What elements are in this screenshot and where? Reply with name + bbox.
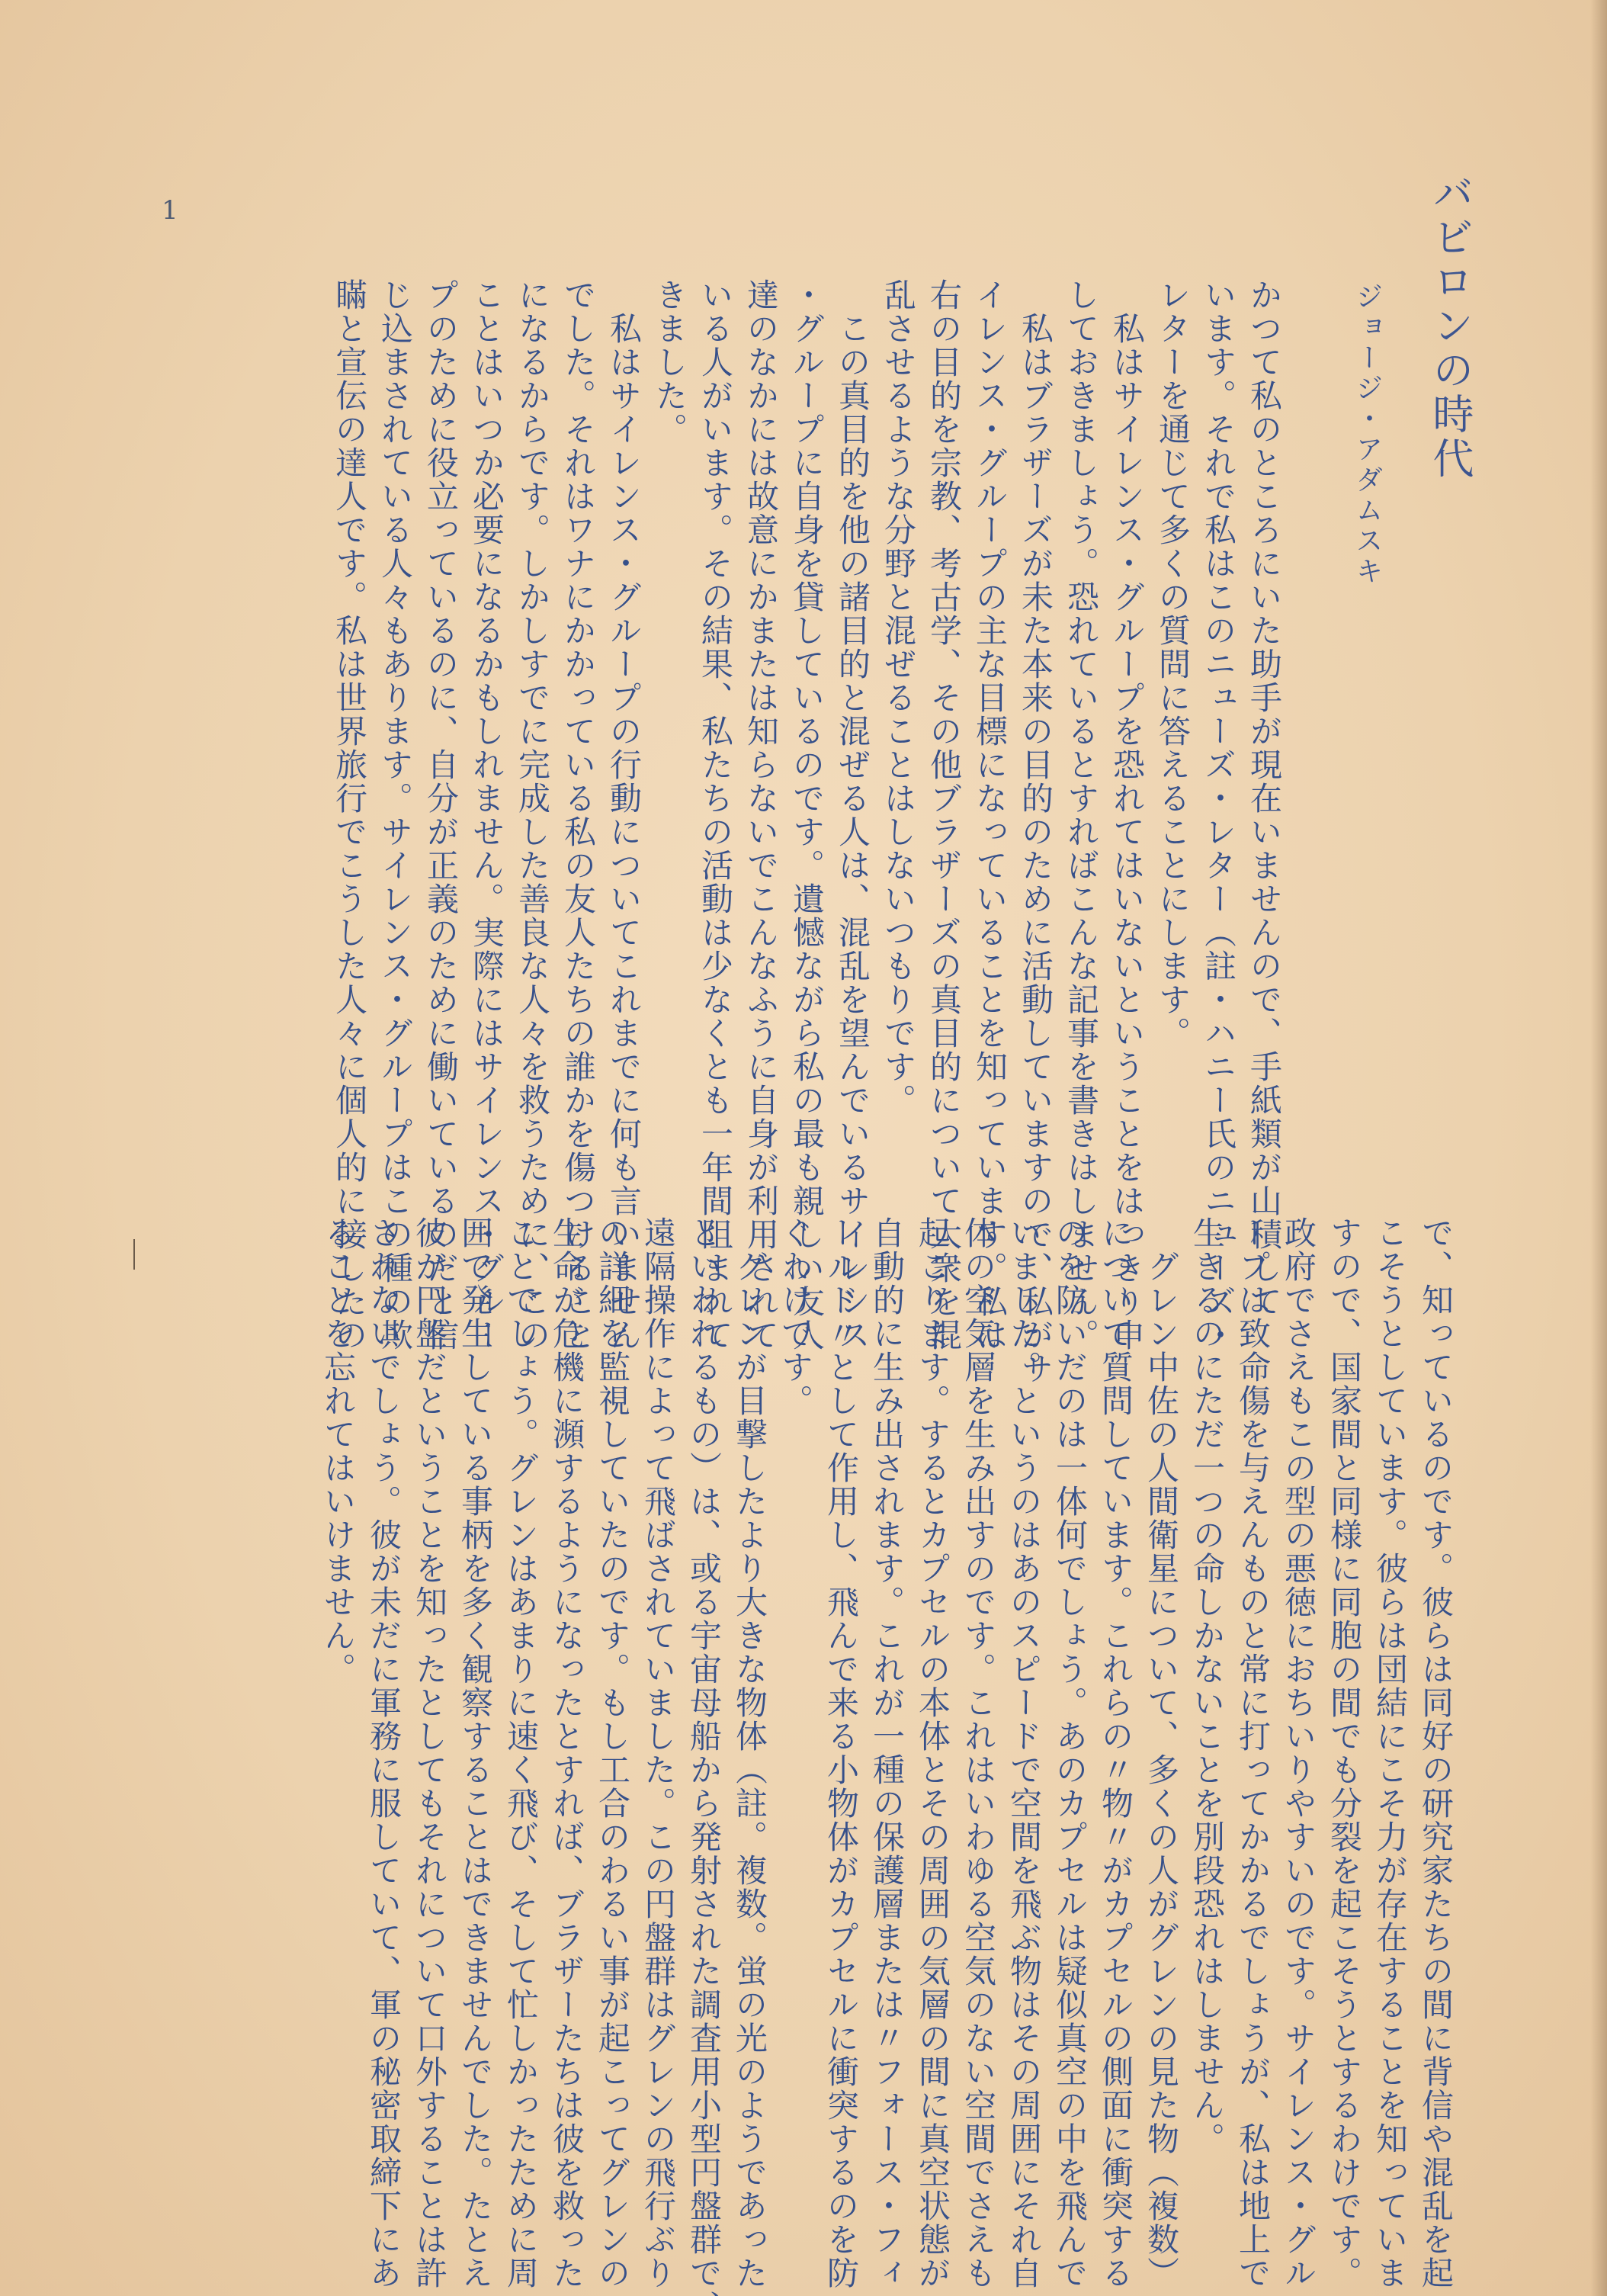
text-column: この真目的を他の諸目的と混ぜる人は、混乱を望んでいるサイレンス [829,278,875,1148]
text-column: ールド〃として作用し、飛んで来る小物体がカプセルに衝突するのを防 [818,1216,864,2063]
text-column: の詳細を監視していたのです。もし工合のわるい事が起こってグレンの [589,1216,635,2063]
text-column: 政府でさえもこの型の悪徳におちいりやすいのです。サイレンス・グル [1275,1216,1321,2063]
text-column: になるからです。しかしすでに完成した善良な人々を救うために、この [509,278,555,1148]
text-column: いました。というのはあのスピードで空間を飛ぶ物はその周囲にそれ自 [1001,1216,1047,2063]
text-column: 体の空気層を生み出すのです。これはいわゆる空気のない空間でさえも [955,1216,1001,2063]
text-column: 乱させるような分野と混ぜることはしないつもりです。 [875,278,921,1148]
text-column: いる人がいます。その結果、私たちの活動は少なくとも一年間阻まれて [692,278,738,1148]
text-column: イレンス・グループの主な目標になっていることを知っています。私は [967,278,1012,1148]
margin-mark [133,1239,135,1270]
text-column: レターを通じて多くの質問に答えることにします。 [1150,278,1195,1148]
text-column: グレンが目撃したより大きな物体（註。複数。蛍の光のようであった [727,1216,772,2063]
text-column: います。それで私はこのニューズ・レター（註・ハニー氏のニューズ・ [1195,278,1241,1148]
text-column: グレン中佐の人間衛星について、多くの人がグレンの見た物（複数） [1138,1216,1184,2063]
text-column: しておきましょう。恐れているとすればこんな記事を書きはしません。 [1058,278,1104,1148]
text-column: プのために役立っているのに、自分が正義のために働いているのだと信 [418,278,463,1148]
upper-text-block: かつて私のところにいた助手が現在いませんので、手紙類が山積しています。それで私は… [143,278,1287,1148]
text-column: 自動的に生み出されます。これが一種の保護層または〃フォース・フィ [864,1216,909,2063]
text-column: 瞞と宣伝の達人です。私は世界旅行でこうした人々に個人的に接したの [326,278,372,1148]
text-column: こそうとしています。彼らは団結にこそ力が存在することを知っていま [1367,1216,1413,2063]
text-column: ことでしょう。グレンはあまりに速く飛び、そして忙しかったために周 [498,1216,544,2063]
text-column: ることを忘れてはいけません。 [315,1216,361,2063]
text-column: 私はブラザーズが未た本来の目的のために活動していますので、私がサ [1012,278,1058,1148]
text-column: 生命が危機に瀕するようになったとすれば、ブラザーたちは彼を救った [544,1216,589,2063]
text-column: かつて私のところにいた助手が現在いませんので、手紙類が山積して [1241,278,1287,1148]
text-column: 右の目的を宗教、考古学、その他ブラザーズの真目的について大衆を混 [921,278,967,1148]
text-column: で、知っているのです。彼らは同好の研究家たちの間に背信や混乱を起 [1413,1216,1458,2063]
text-column: 囲で発生している事柄を多く観察することはできませんでした。たとえ [452,1216,498,2063]
text-column: 遠隔操作によって飛ばされていました。この円盤群はグレンの飛行ぶり [635,1216,681,2063]
text-column: ・グループに自身を貸しているのです。遺憾ながら私の最も親しい友人 [784,278,829,1148]
article-title: バビロンの時代 [1429,172,1471,481]
lower-text-block: で、知っているのです。彼らは同好の研究家たちの間に背信や混乱を起こそうとしていま… [147,1216,1458,2063]
text-column: 生きるのにただ一つの命しかないことを別段恐れはしません。 [1184,1216,1230,2063]
text-column: ープは致命傷を与えんものと常に打ってかかるでしょうが、私は地上で [1230,1216,1275,2063]
article-author: ジョージ・アダムスキ [1353,282,1381,587]
text-column: されないでしょう。彼が未だに軍務に服していて、軍の秘密取締下にあ [361,1216,406,2063]
text-column: について質問しています。これらの〃物〃がカプセルの側面に衝突する [1092,1216,1138,2063]
text-column: ことはいつか必要になるかもしれません。実際にはサイレンス・グルー [463,278,509,1148]
text-column: 私はサイレンス・グループの行動についてこれまでに何も言いません [601,278,646,1148]
page-number: 1 [162,195,178,226]
text-column: のを防いだのは一体何でしょう。あのカプセルは疑似真空の中を飛んで [1047,1216,1092,2063]
text-column: 私はサイレンス・グループを恐れてはいないということをはっきり申 [1104,278,1150,1148]
text-column: 起こります。するとカプセルの本体とその周囲の気層の間に真空状態が [909,1216,955,2063]
text-column: 達のなかには故意にかまたは知らないでこんなふうに自身が利用されて [738,278,784,1148]
text-column: ぐわけです。 [772,1216,818,2063]
text-column: すので、国家間と同様に同胞の間でも分裂を起こそうとするわけです。 [1321,1216,1367,2063]
text-column: でした。それはワナにかかっている私の友人たちの誰かを傷つけること [555,278,601,1148]
text-column: きました。 [646,278,692,1148]
text-column: じ込まされている人々もあります。サイレンス・グループはこの種の欺 [372,278,418,1148]
text-column: 彼が円盤だということを知ったとしてもそれについて口外することは許 [406,1216,452,2063]
text-column: といわれるもの）は、或る宇宙母船から発射された調査用小型円盤群で、 [681,1216,727,2063]
